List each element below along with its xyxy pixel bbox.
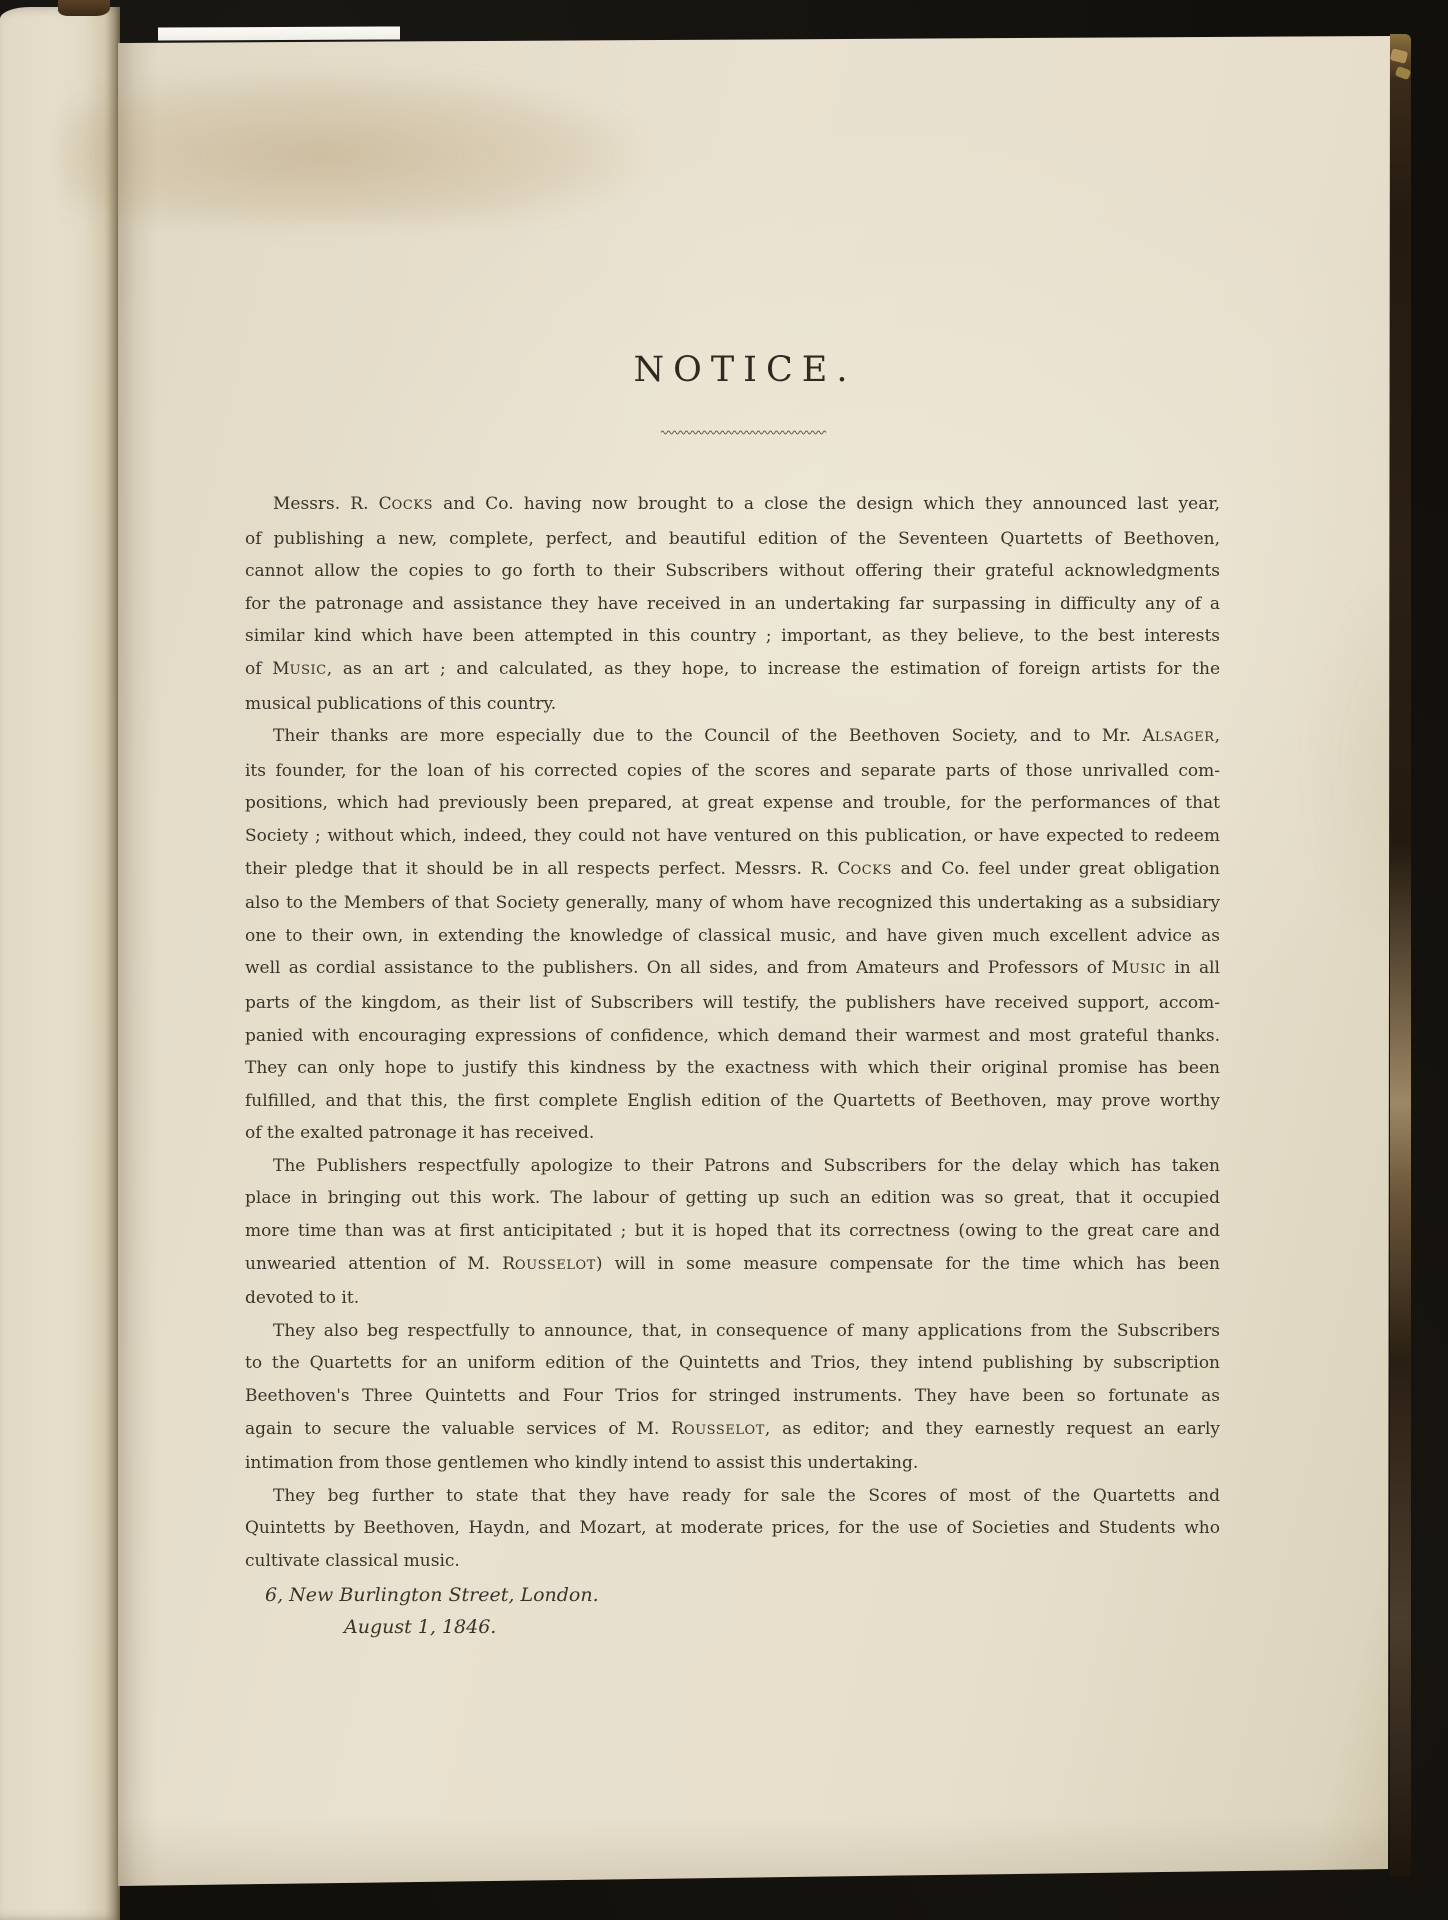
page-bottom-shade [118, 1816, 1390, 1886]
text-line: its founder, for the loan of his correct… [245, 755, 1220, 788]
text-line: panied with encouraging expressions of c… [245, 1020, 1220, 1053]
paragraph: Messrs. R. COCKS and Co. having now brou… [245, 488, 1220, 720]
book-scan: { "page": { "title": "NOTICE.", "paragra… [0, 0, 1448, 1920]
text-line: intimation from those gentlemen who kind… [245, 1447, 1220, 1480]
text-line: cannot allow the copies to go forth to t… [245, 555, 1220, 588]
text-line: their pledge that it should be in all re… [245, 853, 1220, 888]
text-line: Their thanks are more especially due to … [245, 720, 1220, 755]
footer-address: 6, New Burlington Street, London. [265, 1584, 599, 1606]
binding-leather-corner [58, 0, 110, 16]
text-line: of the exalted patronage it has received… [245, 1117, 1220, 1150]
text-line: to the Quartetts for an uniform edition … [245, 1347, 1220, 1380]
footer-date: August 1, 1846. [344, 1616, 496, 1638]
squiggle-divider [245, 422, 1245, 441]
text-line: They can only hope to justify this kindn… [245, 1052, 1220, 1085]
text-line: They beg further to state that they have… [245, 1480, 1220, 1513]
paragraph: Their thanks are more especially due to … [245, 720, 1220, 1150]
book-spine-edge [1390, 34, 1411, 1876]
text-line: devoted to it. [245, 1282, 1220, 1315]
previous-page-edge [0, 7, 120, 1920]
text-line: again to secure the valuable services of… [245, 1413, 1220, 1448]
paragraph: The Publishers respectfully apologize to… [245, 1150, 1220, 1315]
text-line: fulfilled, and that this, the first comp… [245, 1085, 1220, 1118]
underlying-page-sliver [158, 26, 400, 40]
text-line: more time than was at first anticipitate… [245, 1215, 1220, 1248]
paper-discoloration [1298, 556, 1448, 976]
notice-body: Messrs. R. COCKS and Co. having now brou… [245, 488, 1220, 1578]
text-line: musical publications of this country. [245, 688, 1220, 721]
gutter-shadow [118, 36, 158, 1886]
text-line: of MUSIC, as an art ; and calculated, as… [245, 653, 1220, 688]
text-line: Messrs. R. COCKS and Co. having now brou… [245, 488, 1220, 523]
paragraph: They beg further to state that they have… [245, 1480, 1220, 1578]
text-line: for the patronage and assistance they ha… [245, 588, 1220, 621]
text-line: one to their own, in extending the knowl… [245, 920, 1220, 953]
text-line: parts of the kingdom, as their list of S… [245, 987, 1220, 1020]
text-line: Beethoven's Three Quintetts and Four Tri… [245, 1380, 1220, 1413]
text-line: place in bringing out this work. The lab… [245, 1182, 1220, 1215]
page-title: NOTICE. [245, 350, 1245, 390]
paragraph: They also beg respectfully to announce, … [245, 1315, 1220, 1480]
book-page: NOTICE. Messrs. R. COCKS and Co. having … [118, 36, 1390, 1886]
text-line: They also beg respectfully to announce, … [245, 1315, 1220, 1348]
text-line: The Publishers respectfully apologize to… [245, 1150, 1220, 1183]
text-line: Society ; without which, indeed, they co… [245, 820, 1220, 853]
text-line: also to the Members of that Society gene… [245, 887, 1220, 920]
text-line: cultivate classical music. [245, 1545, 1220, 1578]
text-line: well as cordial assistance to the publis… [245, 952, 1220, 987]
text-line: of publishing a new, complete, perfect, … [245, 523, 1220, 556]
text-line: positions, which had previously been pre… [245, 787, 1220, 820]
text-line: similar kind which have been attempted i… [245, 620, 1220, 653]
text-line: Quintetts by Beethoven, Haydn, and Mozar… [245, 1512, 1220, 1545]
text-line: unwearied attention of M. ROUSSELOT) wil… [245, 1248, 1220, 1283]
